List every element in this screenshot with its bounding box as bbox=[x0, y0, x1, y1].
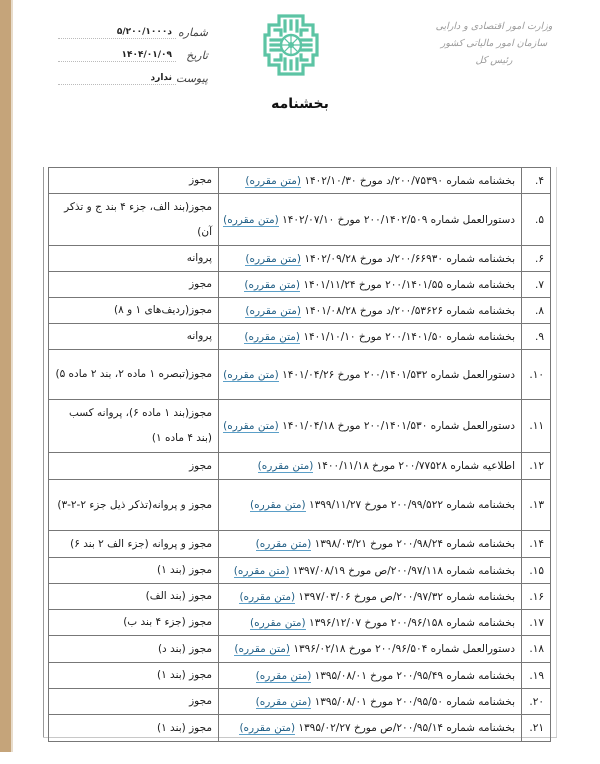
subject-cell: مجوز bbox=[49, 453, 219, 480]
subject-cell: مجوز (بند د) bbox=[49, 636, 219, 663]
table-row: ۱۷.بخشنامه شماره ۲۰۰/۹۶/۱۵۸ مورخ ۱۳۹۶/۱۲… bbox=[49, 610, 551, 636]
table-outer-border-left bbox=[43, 167, 44, 737]
row-number: ۱۵. bbox=[522, 558, 551, 584]
table-row: ۴.بخشنامه شماره ۲۰۰/۷۵۳۹۰/د مورخ ۱۴۰۲/۱۰… bbox=[49, 168, 551, 194]
regulation-cell: بخشنامه شماره ۲۰۰/۹۷/۳۲/ص مورخ ۱۳۹۷/۰۳/۰… bbox=[219, 584, 522, 610]
regulation-text-link[interactable]: (متن مقرره) bbox=[258, 460, 314, 473]
letter-number-value: ۵/۲۰۰/۱۰۰۰د bbox=[117, 27, 172, 37]
subject-cell: مجوز(بند ۱ ماده ۶)، پروانه کسب (بند ۴ ما… bbox=[49, 400, 219, 453]
row-number: ۱۲. bbox=[522, 453, 551, 480]
row-number: ۶. bbox=[522, 246, 551, 272]
row-number: ۱۹. bbox=[522, 663, 551, 689]
regulation-reference: دستورالعمل شماره ۲۰۰/۹۶/۵۰۴ مورخ ۱۳۹۶/۰۲… bbox=[293, 643, 515, 655]
regulation-text-link[interactable]: (متن مقرره) bbox=[245, 253, 301, 266]
row-number: ۴. bbox=[522, 168, 551, 194]
regulation-text-link[interactable]: (متن مقرره) bbox=[239, 722, 295, 735]
table-row: ۱۱.دستورالعمل شماره ۲۰۰/۱۴۰۱/۵۳۰ مورخ ۱۴… bbox=[49, 400, 551, 453]
regulation-cell: بخشنامه شماره ۲۰۰/۹۶/۱۵۸ مورخ ۱۳۹۶/۱۲/۰۷… bbox=[219, 610, 522, 636]
tax-organization-emblem-icon bbox=[263, 13, 319, 77]
regulation-cell: بخشنامه شماره ۲۰۰/۱۴۰۱/۵۰ مورخ ۱۴۰۱/۱۰/۱… bbox=[219, 324, 522, 350]
regulation-text-link[interactable]: (متن مقرره) bbox=[234, 643, 290, 656]
subject-cell: مجوز (بند ۱) bbox=[49, 558, 219, 584]
letter-attachment-row: پیوست ندارد bbox=[58, 62, 208, 85]
row-number: ۱۸. bbox=[522, 636, 551, 663]
row-number: ۲۰. bbox=[522, 689, 551, 715]
letter-attachment-label: پیوست bbox=[180, 72, 208, 85]
subject-cell: مجوز bbox=[49, 689, 219, 715]
table-row: ۱۰.دستورالعمل شماره ۲۰۰/۱۴۰۱/۵۳۲ مورخ ۱۴… bbox=[49, 350, 551, 400]
regulation-text-link[interactable]: (متن مقرره) bbox=[256, 696, 312, 709]
letter-attachment-line: ندارد bbox=[58, 70, 176, 85]
table-row: ۶.بخشنامه شماره ۲۰۰/۶۶۹۳۰/د مورخ ۱۴۰۲/۰۹… bbox=[49, 246, 551, 272]
regulation-reference: بخشنامه شماره ۲۰۰/۹۸/۲۴ مورخ ۱۳۹۸/۰۳/۲۱ bbox=[315, 538, 515, 550]
letter-date-line: ۱۴۰۴/۰۱/۰۹ bbox=[58, 47, 176, 62]
regulation-cell: دستورالعمل شماره ۲۰۰/۱۴۰۱/۵۳۰ مورخ ۱۴۰۱/… bbox=[219, 400, 522, 453]
ministry-line-3: رئیس کل bbox=[434, 52, 554, 69]
letter-number-line: ۵/۲۰۰/۱۰۰۰د bbox=[58, 24, 176, 39]
page-edge-shadow bbox=[11, 0, 13, 752]
subject-cell: مجوز و پروانه(تذکر ذیل جزء ۲-۲-۳) bbox=[49, 480, 219, 531]
regulation-text-link[interactable]: (متن مقرره) bbox=[245, 305, 301, 318]
regulation-reference: بخشنامه شماره ۲۰۰/۷۵۳۹۰/د مورخ ۱۴۰۲/۱۰/۳… bbox=[304, 175, 515, 187]
regulation-text-link[interactable]: (متن مقرره) bbox=[234, 565, 290, 578]
letter-date-row: تاریخ ۱۴۰۴/۰۱/۰۹ bbox=[58, 39, 208, 62]
table-row: ۱۳.بخشنامه شماره ۲۰۰/۹۹/۵۲۲ مورخ ۱۳۹۹/۱۱… bbox=[49, 480, 551, 531]
regulation-text-link[interactable]: (متن مقرره) bbox=[223, 420, 279, 433]
regulation-reference: دستورالعمل شماره ۲۰۰/۱۴۰۲/۵۰۹ مورخ ۱۴۰۲/… bbox=[282, 214, 515, 226]
regulation-text-link[interactable]: (متن مقرره) bbox=[239, 591, 295, 604]
row-number: ۱۳. bbox=[522, 480, 551, 531]
row-number: ۲۱. bbox=[522, 715, 551, 742]
regulation-reference: بخشنامه شماره ۲۰۰/۹۵/۵۰ مورخ ۱۳۹۵/۰۸/۰۱ bbox=[315, 696, 515, 708]
regulation-text-link[interactable]: (متن مقرره) bbox=[244, 279, 300, 292]
row-number: ۷. bbox=[522, 272, 551, 298]
regulation-reference: بخشنامه شماره ۲۰۰/۶۶۹۳۰/د مورخ ۱۴۰۲/۰۹/۲… bbox=[304, 253, 515, 265]
subject-cell: مجوز(ردیف‌های ۱ و ۸) bbox=[49, 298, 219, 324]
table-row: ۱۵.بخشنامه شماره ۲۰۰/۹۷/۱۱۸/ص مورخ ۱۳۹۷/… bbox=[49, 558, 551, 584]
letter-meta: شماره ۵/۲۰۰/۱۰۰۰د تاریخ ۱۴۰۴/۰۱/۰۹ پیوست… bbox=[58, 16, 208, 85]
regulation-cell: بخشنامه شماره ۲۰۰/۹۵/۵۰ مورخ ۱۳۹۵/۰۸/۰۱ … bbox=[219, 689, 522, 715]
table-row: ۵.دستورالعمل شماره ۲۰۰/۱۴۰۲/۵۰۹ مورخ ۱۴۰… bbox=[49, 194, 551, 246]
table-row: ۱۴.بخشنامه شماره ۲۰۰/۹۸/۲۴ مورخ ۱۳۹۸/۰۳/… bbox=[49, 531, 551, 558]
regulation-reference: بخشنامه شماره ۲۰۰/۹۹/۵۲۲ مورخ ۱۳۹۹/۱۱/۲۷ bbox=[309, 499, 515, 511]
regulation-cell: بخشنامه شماره ۲۰۰/۹۸/۲۴ مورخ ۱۳۹۸/۰۳/۲۱ … bbox=[219, 531, 522, 558]
regulation-text-link[interactable]: (متن مقرره) bbox=[256, 538, 312, 551]
regulation-text-link[interactable]: (متن مقرره) bbox=[223, 214, 279, 227]
letter-number-label: شماره bbox=[180, 26, 208, 39]
row-number: ۱۷. bbox=[522, 610, 551, 636]
regulation-cell: بخشنامه شماره ۲۰۰/۵۳۶۲۶/د مورخ ۱۴۰۱/۰۸/۲… bbox=[219, 298, 522, 324]
regulation-reference: دستورالعمل شماره ۲۰۰/۱۴۰۱/۵۳۲ مورخ ۱۴۰۱/… bbox=[282, 369, 515, 381]
row-number: ۱۱. bbox=[522, 400, 551, 453]
subject-cell: مجوز (بند ۱) bbox=[49, 663, 219, 689]
regulation-cell: بخشنامه شماره ۲۰۰/۷۵۳۹۰/د مورخ ۱۴۰۲/۱۰/۳… bbox=[219, 168, 522, 194]
row-number: ۱۶. bbox=[522, 584, 551, 610]
subject-cell: مجوز (بند ۱) bbox=[49, 715, 219, 742]
subject-cell: پروانه bbox=[49, 324, 219, 350]
table-row: ۹.بخشنامه شماره ۲۰۰/۱۴۰۱/۵۰ مورخ ۱۴۰۱/۱۰… bbox=[49, 324, 551, 350]
ministry-line-1: وزارت امور اقتصادی و دارایی bbox=[434, 18, 554, 35]
page-edge-binding bbox=[0, 0, 11, 752]
regulation-reference: بخشنامه شماره ۲۰۰/۹۵/۴۹ مورخ ۱۳۹۵/۰۸/۰۱ bbox=[315, 670, 515, 682]
letter-number-row: شماره ۵/۲۰۰/۱۰۰۰د bbox=[58, 16, 208, 39]
table-row: ۲۰.بخشنامه شماره ۲۰۰/۹۵/۵۰ مورخ ۱۳۹۵/۰۸/… bbox=[49, 689, 551, 715]
table-row: ۱۹.بخشنامه شماره ۲۰۰/۹۵/۴۹ مورخ ۱۳۹۵/۰۸/… bbox=[49, 663, 551, 689]
regulation-text-link[interactable]: (متن مقرره) bbox=[244, 331, 300, 344]
regulation-cell: اطلاعیه شماره ۲۰۰/۷۷۵۲۸ مورخ ۱۴۰۰/۱۱/۱۸ … bbox=[219, 453, 522, 480]
row-number: ۸. bbox=[522, 298, 551, 324]
regulation-text-link[interactable]: (متن مقرره) bbox=[250, 617, 306, 630]
subject-cell: مجوز(بند الف، جزء ۴ بند ج و تذکر آن) bbox=[49, 194, 219, 246]
regulation-cell: بخشنامه شماره ۲۰۰/۹۵/۱۴/ص مورخ ۱۳۹۵/۰۲/۲… bbox=[219, 715, 522, 742]
regulation-reference: بخشنامه شماره ۲۰۰/۱۴۰۱/۵۵ مورخ ۱۴۰۱/۱۱/۲… bbox=[303, 279, 515, 291]
regulation-cell: دستورالعمل شماره ۲۰۰/۱۴۰۱/۵۳۲ مورخ ۱۴۰۱/… bbox=[219, 350, 522, 400]
regulation-reference: بخشنامه شماره ۲۰۰/۱۴۰۱/۵۰ مورخ ۱۴۰۱/۱۰/۱… bbox=[303, 331, 515, 343]
regulation-reference: بخشنامه شماره ۲۰۰/۹۷/۳۲/ص مورخ ۱۳۹۷/۰۳/۰… bbox=[298, 591, 515, 603]
row-number: ۵. bbox=[522, 194, 551, 246]
subject-cell: مجوز (جزء ۴ بند ب) bbox=[49, 610, 219, 636]
subject-cell: مجوز(تبصره ۱ ماده ۲، بند ۲ ماده ۵) bbox=[49, 350, 219, 400]
circulars-table: ۴.بخشنامه شماره ۲۰۰/۷۵۳۹۰/د مورخ ۱۴۰۲/۱۰… bbox=[48, 167, 551, 742]
regulation-reference: بخشنامه شماره ۲۰۰/۹۶/۱۵۸ مورخ ۱۳۹۶/۱۲/۰۷ bbox=[309, 617, 515, 629]
regulation-cell: بخشنامه شماره ۲۰۰/۹۷/۱۱۸/ص مورخ ۱۳۹۷/۰۸/… bbox=[219, 558, 522, 584]
regulation-reference: بخشنامه شماره ۲۰۰/۹۷/۱۱۸/ص مورخ ۱۳۹۷/۰۸/… bbox=[293, 565, 515, 577]
regulation-cell: بخشنامه شماره ۲۰۰/۱۴۰۱/۵۵ مورخ ۱۴۰۱/۱۱/۲… bbox=[219, 272, 522, 298]
table-row: ۲۱.بخشنامه شماره ۲۰۰/۹۵/۱۴/ص مورخ ۱۳۹۵/۰… bbox=[49, 715, 551, 742]
subject-cell: مجوز (بند الف) bbox=[49, 584, 219, 610]
regulation-cell: بخشنامه شماره ۲۰۰/۹۹/۵۲۲ مورخ ۱۳۹۹/۱۱/۲۷… bbox=[219, 480, 522, 531]
document-title: بخشنامه bbox=[0, 96, 600, 112]
subject-cell: مجوز bbox=[49, 168, 219, 194]
subject-cell: پروانه bbox=[49, 246, 219, 272]
regulation-reference: اطلاعیه شماره ۲۰۰/۷۷۵۲۸ مورخ ۱۴۰۰/۱۱/۱۸ bbox=[317, 460, 515, 472]
letter-date-label: تاریخ bbox=[180, 49, 208, 62]
ministry-header: وزارت امور اقتصادی و دارایی سازمان امور … bbox=[434, 18, 554, 69]
row-number: ۹. bbox=[522, 324, 551, 350]
regulation-reference: بخشنامه شماره ۲۰۰/۵۳۶۲۶/د مورخ ۱۴۰۱/۰۸/۲… bbox=[304, 305, 515, 317]
regulation-reference: بخشنامه شماره ۲۰۰/۹۵/۱۴/ص مورخ ۱۳۹۵/۰۲/۲… bbox=[298, 722, 515, 734]
ministry-line-2: سازمان امور مالیاتی کشور bbox=[434, 35, 554, 52]
table-row: ۱۸.دستورالعمل شماره ۲۰۰/۹۶/۵۰۴ مورخ ۱۳۹۶… bbox=[49, 636, 551, 663]
subject-cell: مجوز و پروانه (جزء الف ۲ بند ۶) bbox=[49, 531, 219, 558]
regulation-cell: بخشنامه شماره ۲۰۰/۶۶۹۳۰/د مورخ ۱۴۰۲/۰۹/۲… bbox=[219, 246, 522, 272]
table-outer-border-right bbox=[556, 167, 557, 737]
letter-attachment-value: ندارد bbox=[151, 73, 172, 83]
table-row: ۱۶.بخشنامه شماره ۲۰۰/۹۷/۳۲/ص مورخ ۱۳۹۷/۰… bbox=[49, 584, 551, 610]
regulation-cell: بخشنامه شماره ۲۰۰/۹۵/۴۹ مورخ ۱۳۹۵/۰۸/۰۱ … bbox=[219, 663, 522, 689]
table-row: ۸.بخشنامه شماره ۲۰۰/۵۳۶۲۶/د مورخ ۱۴۰۱/۰۸… bbox=[49, 298, 551, 324]
regulation-reference: دستورالعمل شماره ۲۰۰/۱۴۰۱/۵۳۰ مورخ ۱۴۰۱/… bbox=[282, 420, 515, 432]
table-row: ۷.بخشنامه شماره ۲۰۰/۱۴۰۱/۵۵ مورخ ۱۴۰۱/۱۱… bbox=[49, 272, 551, 298]
letter-date-value: ۱۴۰۴/۰۱/۰۹ bbox=[121, 50, 172, 60]
row-number: ۱۴. bbox=[522, 531, 551, 558]
subject-cell: مجوز bbox=[49, 272, 219, 298]
table-row: ۱۲.اطلاعیه شماره ۲۰۰/۷۷۵۲۸ مورخ ۱۴۰۰/۱۱/… bbox=[49, 453, 551, 480]
regulation-text-link[interactable]: (متن مقرره) bbox=[256, 670, 312, 683]
regulation-text-link[interactable]: (متن مقرره) bbox=[245, 175, 301, 188]
regulation-cell: دستورالعمل شماره ۲۰۰/۱۴۰۲/۵۰۹ مورخ ۱۴۰۲/… bbox=[219, 194, 522, 246]
regulation-cell: دستورالعمل شماره ۲۰۰/۹۶/۵۰۴ مورخ ۱۳۹۶/۰۲… bbox=[219, 636, 522, 663]
row-number: ۱۰. bbox=[522, 350, 551, 400]
regulation-text-link[interactable]: (متن مقرره) bbox=[223, 369, 279, 382]
regulation-text-link[interactable]: (متن مقرره) bbox=[250, 499, 306, 512]
